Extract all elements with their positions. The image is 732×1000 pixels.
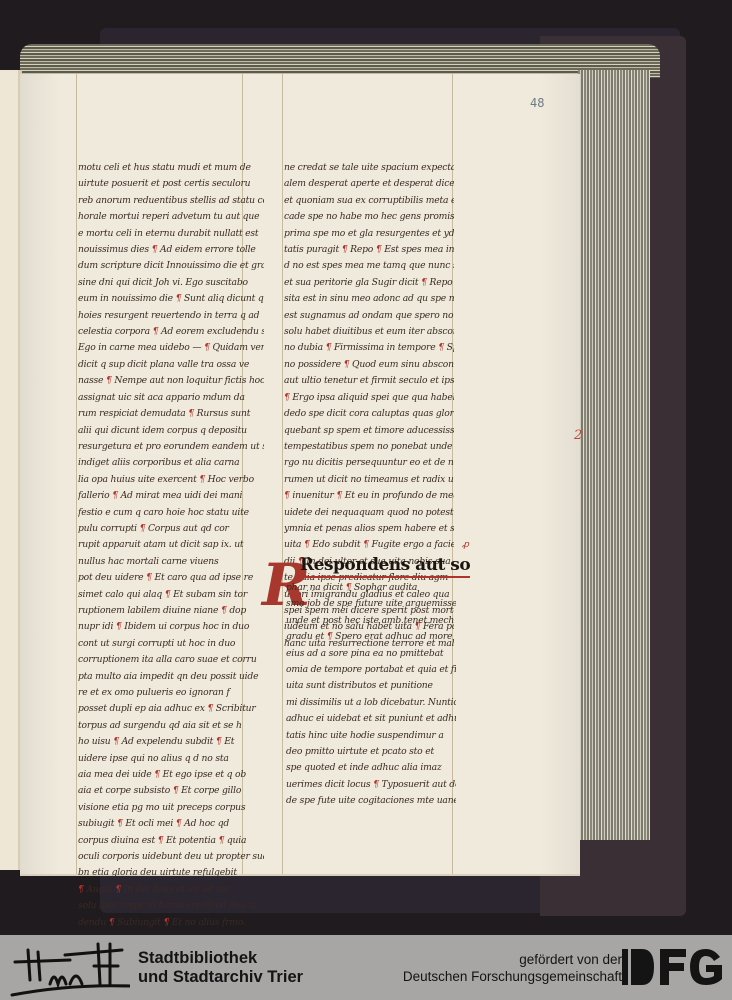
text-line: ymnia et penas alios spem habere et sp — [284, 521, 454, 537]
text-line: prima spe mo et gla resurgentes et ydane — [284, 226, 454, 242]
text-line: alii qui dicunt idem corpus q depositu — [78, 423, 264, 439]
text-line: indiget aliis corporibus et alia carna — [78, 455, 264, 471]
folio-number: 48 — [530, 96, 544, 110]
funding-credit: gefördert von der Deutschen Forschungsge… — [403, 951, 622, 985]
library-name-line2: und Stadtarchiv Trier — [138, 968, 303, 987]
text-line: mi dissimilis ut a lob dicebatur. Nuntio… — [286, 695, 456, 711]
text-line: sita est in sinu meo adonc ad qu spe no — [284, 291, 454, 307]
funding-line1: gefördert von der — [403, 951, 622, 968]
text-line: spe quoted et inde adhuc alia imaz — [286, 760, 456, 776]
text-line: uerimes dicit locus ¶ Typosuerit aut deo — [286, 777, 456, 793]
footer-banner: Stadtbibliothek und Stadtarchiv Trier ge… — [0, 935, 732, 1000]
text-line: ruptionem labilem diuine niane ¶ dop — [78, 603, 264, 619]
text-line: ¶ Augui ¶ In dei deus et uit ad me — [78, 882, 264, 898]
text-line: dum scripture dicit Innouissimo die et g… — [78, 258, 264, 274]
text-line: solu habet diuitibus et eum iter abscond… — [284, 324, 454, 340]
text-line: et quoniam sua ex corruptibilis meta est — [284, 193, 454, 209]
text-line: subiugit ¶ Et ocli mei ¶ Ad hoc qd — [78, 816, 264, 832]
text-line: adhuc ei uidebat et sit puniunt et adhuc — [286, 711, 456, 727]
margin-note: 2 — [574, 428, 582, 443]
section-heading: Respondens aut so — [300, 555, 470, 578]
text-line: re et ex omo pulueris eo ignoran f — [78, 685, 264, 701]
text-line: eum in nouissimo die ¶ Sunt aliq dicunt … — [78, 291, 264, 307]
text-line: de spe fute uite cogitaciones mte uane. — [286, 793, 456, 809]
funding-line2: Deutschen Forschungsgemeinschaft — [403, 968, 622, 985]
ruling-line — [282, 74, 283, 874]
text-line: tempestatibus spem no ponebat unde subdi… — [284, 439, 454, 455]
text-line: cade spe no habe mo hec gens promisse do… — [284, 209, 454, 225]
text-line: ¶ inuenitur ¶ Et eu in profundo de mea e… — [284, 488, 454, 504]
text-line: festio e cum q caro hoie hoc statu uite — [78, 505, 264, 521]
text-line: resurgetura et pro eorundem eandem ut si — [78, 439, 264, 455]
text-line: rumen ut dicit no timeamus et radix uerb… — [284, 472, 454, 488]
text-line: ¶ Ergo ipsa aliquid spei que qua habebat — [284, 390, 454, 406]
stadtbibliothek-trier-logo-icon — [10, 940, 130, 998]
text-line: alem desperat aperte et desperat diceret — [284, 176, 454, 192]
text-line: uidere ipse qui no alius q d no sta — [78, 751, 264, 767]
manuscript-scan: 48 2 motu celi et hus statu mudi et mum … — [0, 0, 732, 935]
text-line: phar na dicit ¶ Sophar audita — [286, 580, 456, 596]
text-line: rum respiciat demudata ¶ Rursus sunt — [78, 406, 264, 422]
text-line: oculi corporis uidebunt deu ut propter s… — [78, 849, 264, 865]
text-line: bn etia gloria deu uirtute refulgebit — [78, 865, 264, 881]
text-line: tatis puragit ¶ Repo ¶ Est spes mea in i… — [284, 242, 454, 258]
library-name-line1: Stadtbibliothek — [138, 949, 303, 968]
text-line: fallerio ¶ Ad mirat mea uidi dei mani — [78, 488, 264, 504]
text-line: d no est spes mea me tamq que nunc spiri… — [284, 258, 454, 274]
text-line: ho uisu ¶ Ad expelendu subdit ¶ Et — [78, 734, 264, 750]
dfg-logo-icon — [622, 949, 724, 985]
text-line: ne credat se tale uite spacium expectare — [284, 160, 454, 176]
text-line: aia mea dei uide ¶ Et ego ipse et q ob — [78, 767, 264, 783]
text-line: corpus diuina est ¶ Et potentia ¶ quia — [78, 833, 264, 849]
text-line: et sua peritorie gla Sugir dicit ¶ Repo — [284, 275, 454, 291]
text-line: aia et corpe subsisto ¶ Et corpe gillo — [78, 783, 264, 799]
text-line: no possidere ¶ Quod eum sinu abscondit i… — [284, 357, 454, 373]
page-block-top-edge — [20, 44, 660, 78]
text-line: eius ad a sore pina ea no pmittebat — [286, 646, 456, 662]
text-line: est sugnamus ad ondam que spero no — [284, 308, 454, 324]
text-line: pta multo aia impedit qn deu possit uide — [78, 669, 264, 685]
text-line: deo pmitto uirtute et pcato sto et — [286, 744, 456, 760]
text-line: omia de tempore portabat et quia et fiat — [286, 662, 456, 678]
text-line: e mortu celi in eternu durabit nullatt e… — [78, 226, 264, 242]
ruling-line — [76, 74, 77, 874]
text-line: uirtute posuerit et post certis seculoru — [78, 176, 264, 192]
library-name: Stadtbibliothek und Stadtarchiv Trier — [138, 949, 303, 987]
text-line: corruptionem ita alla caro suae et corru — [78, 652, 264, 668]
text-line: uidete dei nequaquam quod no potest ¶ Si… — [284, 505, 454, 521]
text-line: posset dupli ep aia adhuc ex ¶ Scribitur — [78, 701, 264, 717]
heading-mark: ꝓ — [462, 540, 469, 550]
text-line: solu ipse respend homo credit ad deu ui — [78, 898, 264, 914]
text-column-b-continued: phar na dicit ¶ Sophar auditasma job de … — [286, 580, 456, 810]
text-line: nasse ¶ Nempe aut non loquitur fictis ho… — [78, 373, 264, 389]
text-line: unde et post hec iste amb tenet mech — [286, 613, 456, 629]
text-line: quebant sp spem et timore aducessisse et — [284, 423, 454, 439]
text-line: reb anorum reduentibus stellis ad statu … — [78, 193, 264, 209]
text-line: torpus ad surgendu qd aia sit et se h — [78, 718, 264, 734]
text-line: no dubia ¶ Firmissima in tempore ¶ Sp — [284, 340, 454, 356]
text-line: motu celi et hus statu mudi et mum de — [78, 160, 264, 176]
text-line: simet calo qui alaq ¶ Et subam sin tor — [78, 587, 264, 603]
text-line: nullus hac mortali carne viuens — [78, 554, 264, 570]
text-line: pot deu uidere ¶ Et caro qua ad ipse re — [78, 570, 264, 586]
page-block-fore-edge — [578, 70, 650, 840]
text-line: rupit apparuit atam ut dicit sap ix. ut — [78, 537, 264, 553]
text-line: rgo nu dicitis persequuntur eo et de no … — [284, 455, 454, 471]
text-line: nouissimus dies ¶ Ad eidem errore tolle — [78, 242, 264, 258]
text-line: tatis hinc uite hodie suspendimur a — [286, 728, 456, 744]
text-line: Ego in carne mea uidebo — ¶ Quidam vero — [78, 340, 264, 356]
text-line: hoies resurgent reuertendo in terra q ad — [78, 308, 264, 324]
text-line: horale mortui reperi advetum tu aut que — [78, 209, 264, 225]
text-line: dicit q sup dicit plana valle tra ossa v… — [78, 357, 264, 373]
text-line: sma job de spe future uite arguemisse ui — [286, 596, 456, 612]
text-column-a: motu celi et hus statu mudi et mum deuir… — [78, 160, 264, 931]
text-line: gradu et ¶ Spero erat adhuc ad more — [286, 629, 456, 645]
text-line: visione etia pg mo uit preceps corpus — [78, 800, 264, 816]
text-line: pulu corrupti ¶ Corpus aut qd cor — [78, 521, 264, 537]
text-line: dendu ¶ Subiungit ¶ Et no alius frmo. — [78, 915, 264, 931]
text-line: celestia corpora ¶ Ad eorem excludendu s… — [78, 324, 264, 340]
text-line: nupr idi ¶ Ibidem ui corpus hoc in duo — [78, 619, 264, 635]
text-line: uita sunt distributos et punitione — [286, 678, 456, 694]
text-line: cont ut surgi corrupti ut hoc in duo — [78, 636, 264, 652]
text-line: sine dni qui dicit Joh vi. Ego suscitabo — [78, 275, 264, 291]
text-line: dedo spe dicit cora caluptas quas glorio… — [284, 406, 454, 422]
text-line: lia opa huius uite exercent ¶ Hoc verbo — [78, 472, 264, 488]
text-line: aut ultio tenetur et firmit seculo et ip… — [284, 373, 454, 389]
text-line: assignat uic sit aca appario mdum da — [78, 390, 264, 406]
